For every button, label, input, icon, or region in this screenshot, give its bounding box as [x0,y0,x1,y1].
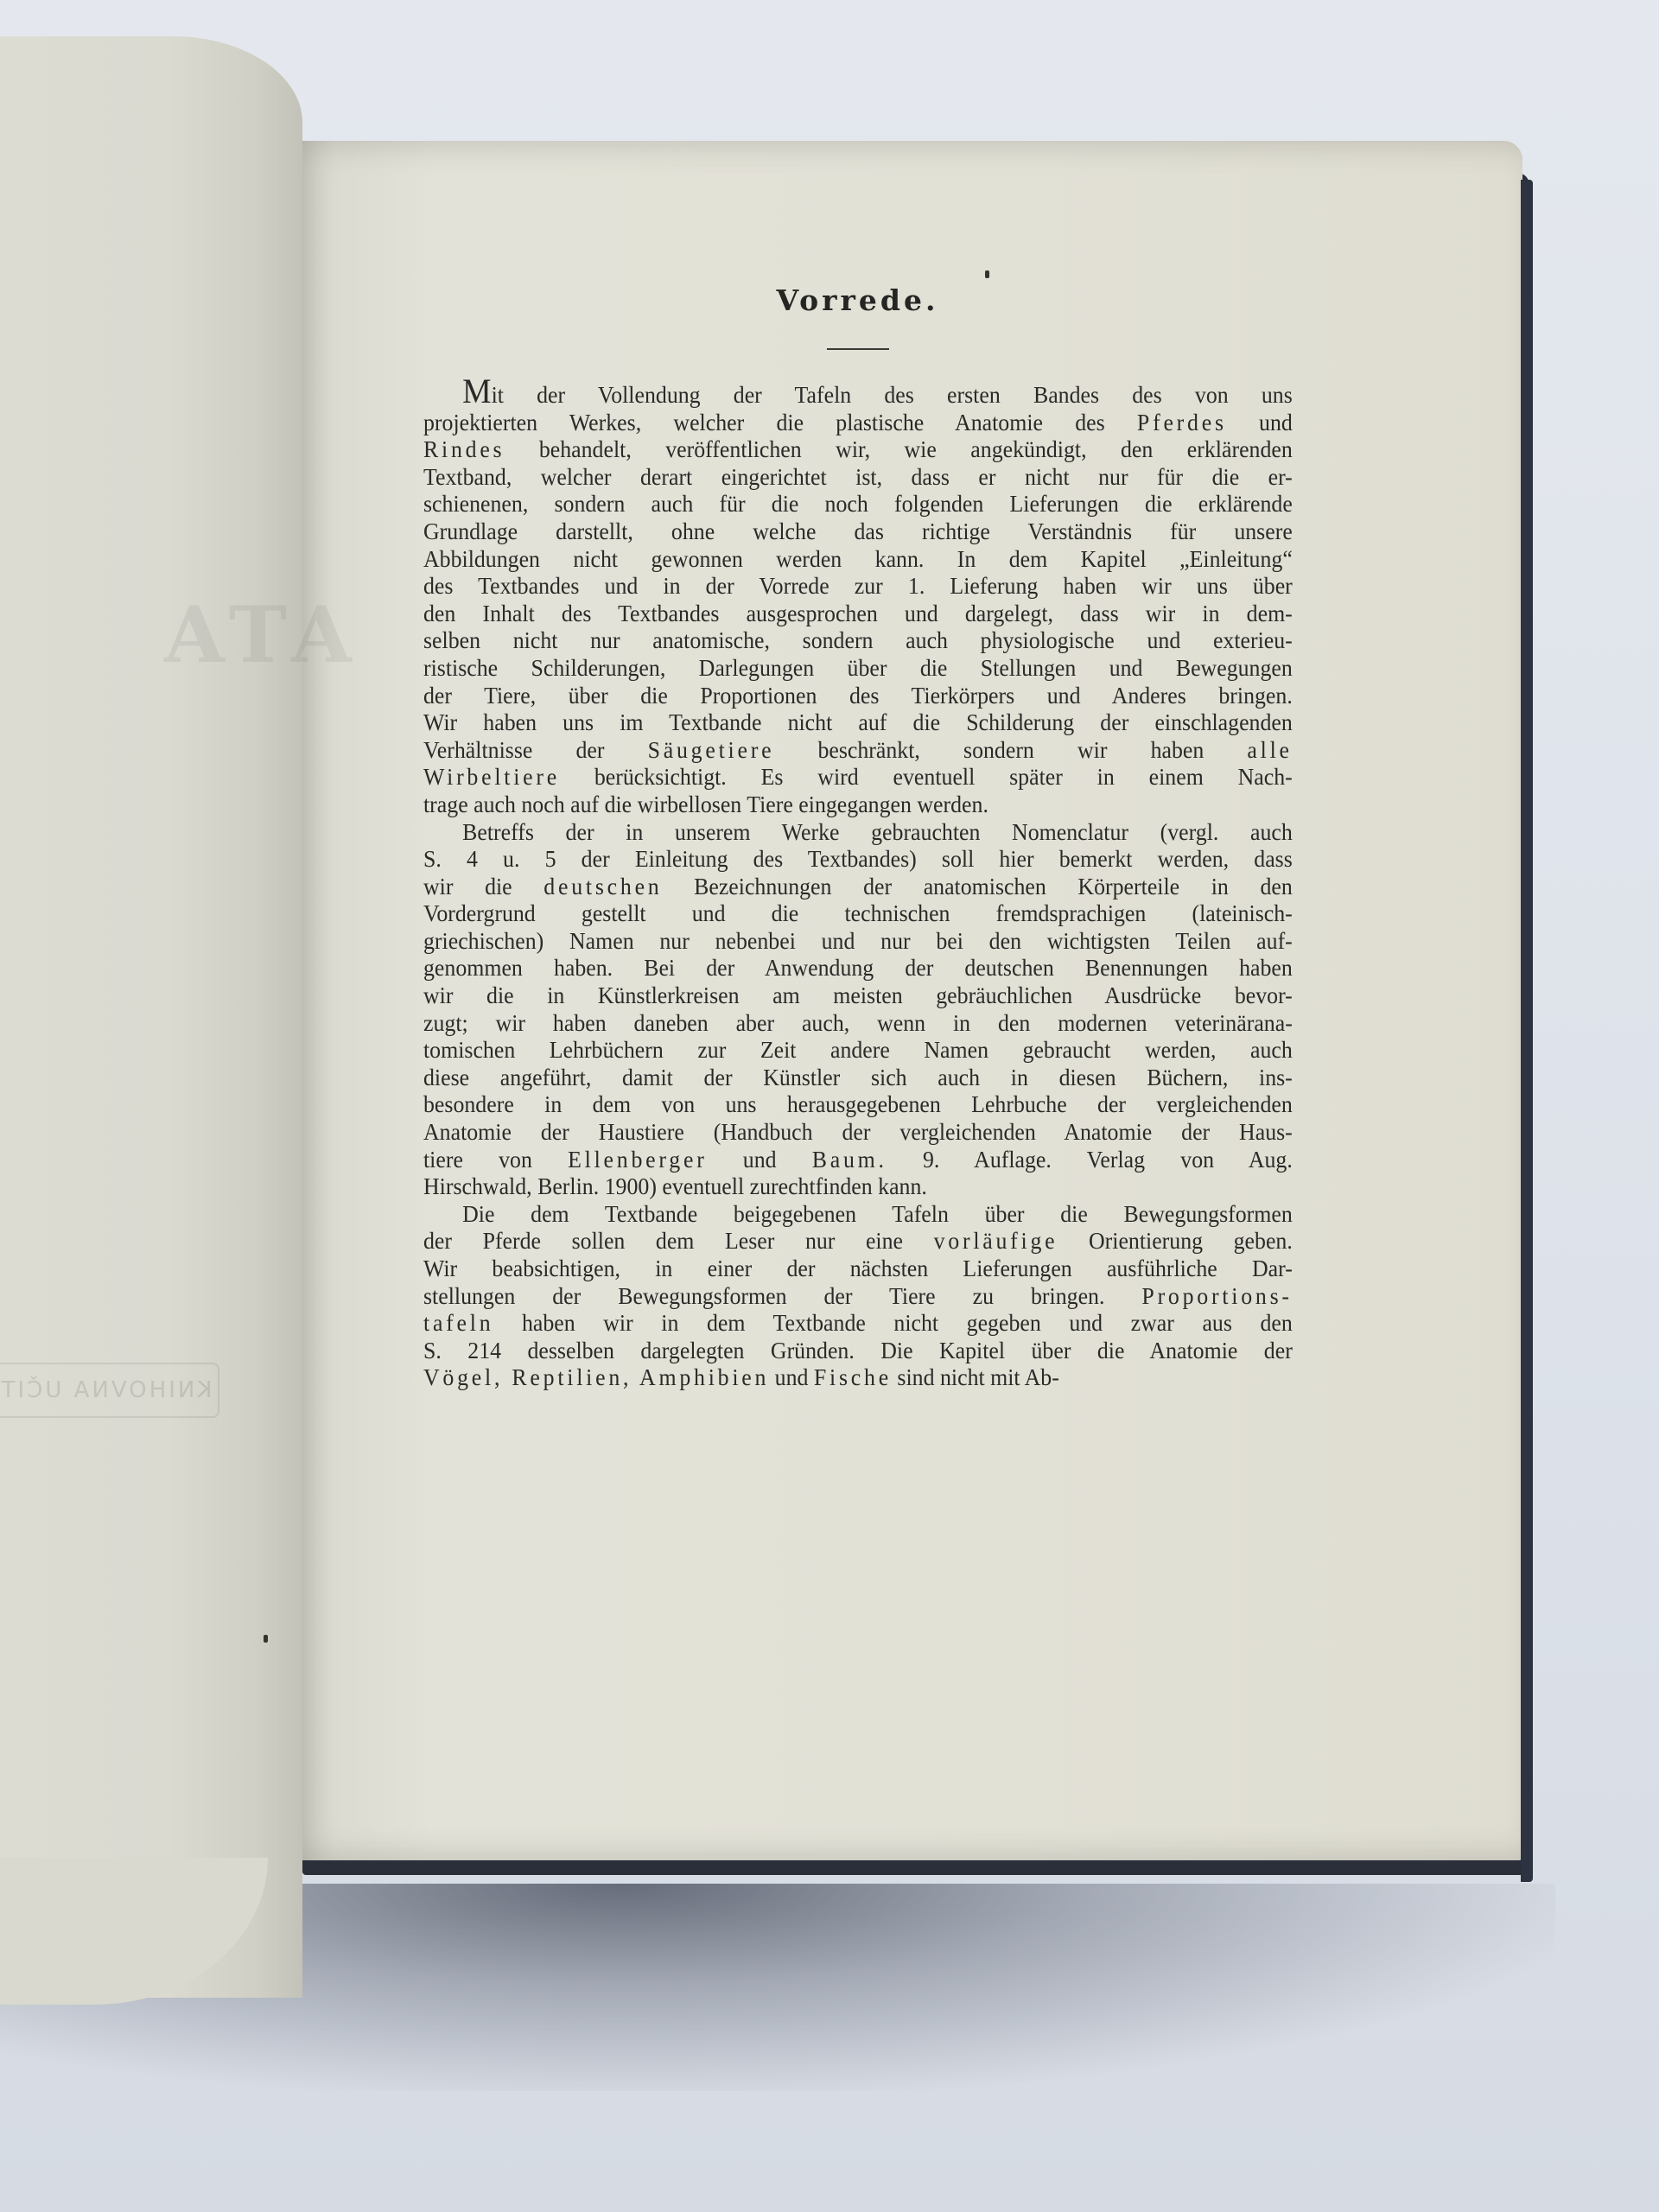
text-line: ristische Schilderungen, Darlegungen übe… [423,654,1293,682]
text-line: Die dem Textbande beigegebenen Tafeln üb… [423,1200,1293,1228]
left-page: ATA KNIHOVNA UČIT [0,36,302,1998]
page-title: Vorrede. [423,283,1292,317]
text-line: tomischen Lehrbüchern zur Zeit andere Na… [423,1036,1293,1064]
body-text: Mit der Vollendung der Tafeln des ersten… [423,381,1293,1391]
text-line: Abbildungen nicht gewonnen werden kann. … [423,545,1293,573]
text-line: tafeln haben wir in dem Textbande nicht … [423,1309,1293,1337]
text-line: des Textbandes und in der Vorrede zur 1.… [423,572,1293,600]
page-content: Vorrede. Mit der Vollendung der Tafeln d… [423,141,1292,1391]
text-line: Wirbeltiere berücksichtigt. Es wird even… [423,763,1293,791]
text-line: Betreffs der in unserem Werke gebrauchte… [423,818,1293,846]
text-line: Wir beabsichtigen, in einer der nächsten… [423,1255,1293,1282]
text-line: der Tiere, über die Proportionen des Tie… [423,682,1293,709]
title-rule [827,348,889,350]
text-line: trage auch noch auf die wirbellosen Tier… [423,791,1293,818]
library-stamp-show-through: KNIHOVNA UČIT [0,1363,219,1418]
ink-speck [264,1635,268,1643]
text-line: wir die in Künstlerkreisen am meisten ge… [423,982,1293,1009]
photo-scene: Vorrede. Mit der Vollendung der Tafeln d… [0,0,1659,2212]
text-line: Vordergrund gestellt und die technischen… [423,899,1293,927]
text-line: Vögel, Reptilien, Amphibien und Fische s… [423,1363,1293,1391]
text-line: Mit der Vollendung der Tafeln des ersten… [423,381,1293,409]
show-through-text: ATA [164,589,360,681]
text-line: Anatomie der Haustiere (Handbuch der ver… [423,1118,1293,1146]
text-line: diese angeführt, damit der Künstler sich… [423,1064,1293,1091]
text-line: selben nicht nur anatomische, sondern au… [423,626,1293,654]
text-line: Verhältnisse der Säugetiere beschränkt, … [423,736,1293,764]
cover-edge [1521,180,1533,1882]
text-line: wir die deutschen Bezeichnungen der anat… [423,873,1293,900]
text-line: genommen haben. Bei der Anwendung der de… [423,954,1293,982]
text-line: den Inhalt des Textbandes ausgesprochen … [423,600,1293,627]
text-line: Textband, welcher derart eingerichtet is… [423,463,1293,491]
right-page: Vorrede. Mit der Vollendung der Tafeln d… [285,141,1522,1860]
text-line: stellungen der Bewegungsformen der Tiere… [423,1282,1293,1310]
text-line: tiere von Ellenberger und Baum. 9. Aufla… [423,1146,1293,1173]
text-line: griechischen) Namen nur nebenbei und nur… [423,927,1293,955]
text-line: Hirschwald, Berlin. 1900) eventuell zure… [423,1173,1293,1200]
text-line: Rindes behandelt, veröffentlichen wir, w… [423,435,1293,463]
text-line: S. 214 desselben dargelegten Gründen. Di… [423,1337,1293,1364]
text-line: zugt; wir haben daneben aber auch, wenn … [423,1009,1293,1037]
text-line: besondere in dem von uns herausgegebenen… [423,1090,1293,1118]
text-line: projektierten Werkes, welcher die plasti… [423,409,1293,436]
text-line: Grundlage darstellt, ohne welche das ric… [423,518,1293,545]
text-line: schienenen, sondern auch für die noch fo… [423,490,1293,518]
text-line: Wir haben uns im Textbande nicht auf die… [423,709,1293,736]
text-line: S. 4 u. 5 der Einleitung des Textbandes)… [423,845,1293,873]
text-line: der Pferde sollen dem Leser nur eine vor… [423,1227,1293,1255]
